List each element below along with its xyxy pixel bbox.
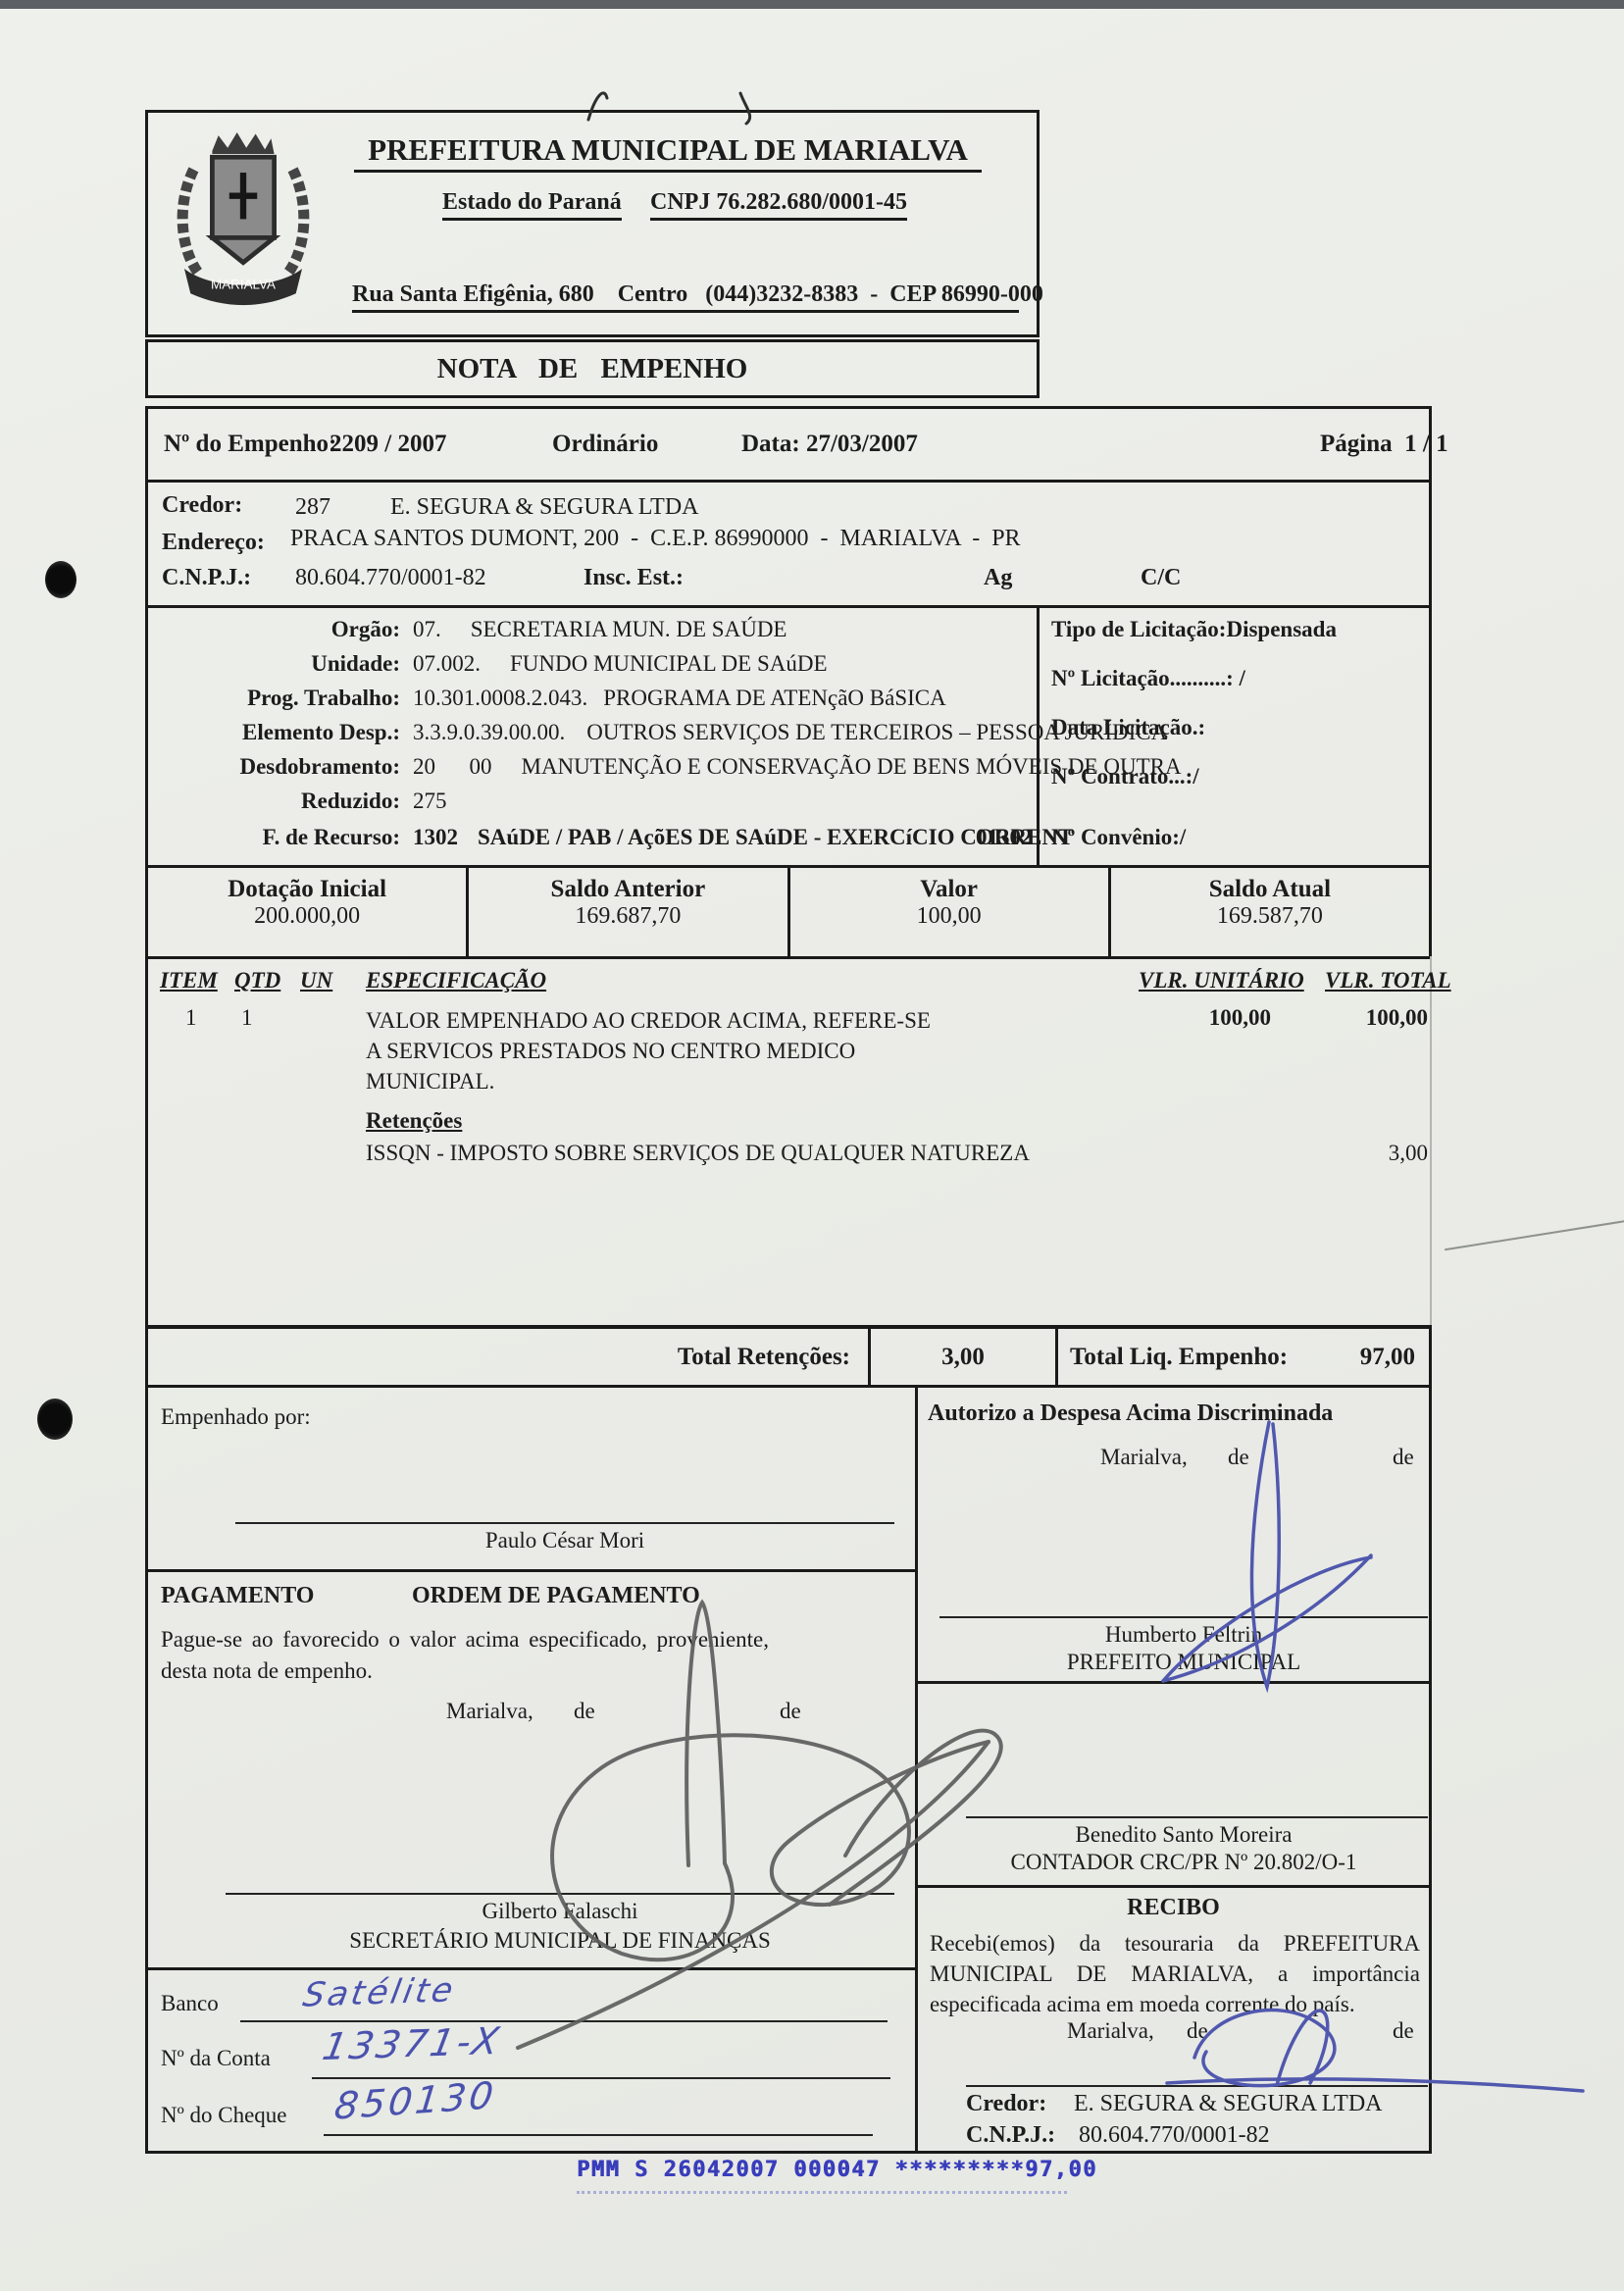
doc-title-band: NOTA DE EMPENHO <box>145 339 1040 398</box>
payment-title: PAGAMENTO <box>161 1583 314 1609</box>
budget-desc: SECRETARIA MUN. DE SAÚDE <box>471 617 787 642</box>
budget-code: 3.3.9.0.39.00.00. <box>413 720 565 745</box>
budget-row-reduzido: Reduzido: 275 <box>157 789 447 814</box>
budget-row-desdobramento: Desdobramento: 20 00 MANUTENÇÃO E CONSER… <box>157 754 1182 780</box>
creditor-signature-line <box>966 2085 1428 2087</box>
of-label: de <box>574 1699 595 1724</box>
receipt-cnpj-value: 80.604.770/0001-82 <box>1079 2122 1270 2149</box>
city-label: Marialva, <box>446 1699 533 1724</box>
bidding-date: Data Licitação.: <box>1051 715 1205 740</box>
budget-code: 20 00 <box>413 754 492 780</box>
withholding-value: 3,00 <box>1305 1141 1428 1166</box>
stamp-underline <box>577 2165 1067 2194</box>
total-net-label: Total Liq. Empenho: <box>1070 1344 1288 1371</box>
bank-handwritten-value: Satélite <box>300 1970 459 2014</box>
agency-label: Ag <box>984 565 1012 591</box>
budget-row-orgao: Orgão: 07. SECRETARIA MUN. DE SAÚDE <box>157 617 787 642</box>
balance-cell-dotacao: Dotação Inicial 200.000,00 <box>148 868 469 956</box>
budget-row-elemento: Elemento Desp.: 3.3.9.0.39.00.00. OUTROS… <box>157 720 1167 745</box>
account-number-label: Nº da Conta <box>161 2046 271 2071</box>
budget-row-unidade: Unidade: 07.002. FUNDO MUNICIPAL DE SAúD… <box>157 651 828 677</box>
cheque-handwritten-value: 850130 <box>332 2073 498 2127</box>
total-net-value: 97,00 <box>1360 1344 1415 1371</box>
city-label: Marialva, <box>1067 2018 1154 2044</box>
of-label: de <box>1228 1445 1249 1470</box>
creditor-label: Credor: <box>162 492 242 519</box>
finance-secretary-role: SECRETÁRIO MUNICIPAL DE FINANÇAS <box>226 1928 894 1954</box>
item-qty: 1 <box>241 1005 253 1031</box>
scanned-document-page: MARIALVA PREFEITURA MUNICIPAL DE MARIALV… <box>0 0 1624 2291</box>
budget-code: 07. <box>413 617 441 642</box>
balance-header: Valor <box>920 876 978 903</box>
col-header-unitario: VLR. UNITÁRIO <box>1139 968 1304 993</box>
hole-punch-mark <box>45 561 76 598</box>
mayor-role: PREFEITO MUNICIPAL <box>939 1650 1428 1675</box>
section-divider <box>918 1681 1429 1684</box>
mayor-name: Humberto Feltrin <box>939 1622 1428 1648</box>
scan-scratch-line <box>1445 1219 1624 1250</box>
budget-row-recurso: F. de Recurso: 1302 SAúDE / PAB / AçõES … <box>157 825 1073 850</box>
balance-header: Dotação Inicial <box>228 876 386 903</box>
account-label: C/C <box>1141 565 1181 591</box>
empenho-info-row: Nº do Empenho: 2209 / 2007 Ordinário Dat… <box>145 406 1432 483</box>
header-box: MARIALVA PREFEITURA MUNICIPAL DE MARIALV… <box>145 110 1040 337</box>
recurso-extra-code: 01302 <box>976 825 1033 850</box>
section-divider <box>148 1967 915 1970</box>
bidding-type: Tipo de Licitação:Dispensada <box>1051 617 1337 642</box>
col-header-espec: ESPECIFICAÇÃO <box>366 968 546 993</box>
org-state: Estado do Paraná <box>442 189 622 221</box>
receipt-text: Recebi(emos) da tesouraria da PREFEITURA… <box>930 1928 1420 2019</box>
finance-secretary-name: Gilberto Falaschi <box>226 1899 894 1924</box>
city-label: Marialva, <box>1100 1445 1188 1470</box>
total-withholdings-value: 3,00 <box>868 1329 1058 1385</box>
creditor-cnpj: 80.604.770/0001-82 <box>295 565 486 591</box>
item-number: 1 <box>185 1005 197 1031</box>
accountant-name: Benedito Santo Moreira <box>939 1822 1428 1848</box>
empenho-type: Ordinário <box>552 431 658 458</box>
crown-icon <box>212 132 274 154</box>
item-description: VALOR EMPENHADO AO CREDOR ACIMA, REFERE-… <box>366 1005 944 1096</box>
balance-cell-atual: Saldo Atual 169.587,70 <box>1111 868 1429 956</box>
empenho-date: Data: 27/03/2007 <box>741 431 918 458</box>
budget-label: Desdobramento: <box>157 754 400 780</box>
receipt-title: RECIBO <box>918 1895 1429 1921</box>
signature-line <box>966 1816 1428 1818</box>
signature-line <box>235 1522 894 1524</box>
balance-value: 169.687,70 <box>575 903 681 930</box>
scan-edge-strip <box>0 0 1624 9</box>
creditor-cnpj-label: C.N.P.J.: <box>162 565 251 591</box>
signature-line <box>226 1893 894 1895</box>
signature-line <box>939 1616 1428 1618</box>
budget-code: 07.002. <box>413 651 481 677</box>
balance-value: 100,00 <box>917 903 982 930</box>
payment-order-title: ORDEM DE PAGAMENTO <box>412 1583 700 1609</box>
col-header-un: UN <box>300 968 332 993</box>
creditor-address-label: Endereço: <box>162 530 265 556</box>
empenho-number-label: Nº do Empenho: <box>164 431 336 458</box>
creditor-address: PRACA SANTOS DUMONT, 200 - C.E.P. 869900… <box>290 526 1021 552</box>
accountant-role: CONTADOR CRC/PR Nº 20.802/O-1 <box>939 1850 1428 1875</box>
signatures-divider <box>915 1388 918 2151</box>
contract-number: Nº Contrato...:/ <box>1051 764 1199 789</box>
doc-title: NOTA DE EMPENHO <box>148 353 1037 385</box>
committed-by-name: Paulo César Mori <box>235 1528 894 1553</box>
budget-label: Reduzido: <box>157 789 400 814</box>
payment-order-text: Pague-se ao favorecido o valor acima esp… <box>161 1624 769 1687</box>
receipt-creditor-label: Credor: <box>966 2091 1046 2117</box>
cheque-number-label: Nº do Cheque <box>161 2103 287 2128</box>
receipt-cnpj-label: C.N.P.J.: <box>966 2122 1055 2149</box>
page-number: Página 1 / 1 <box>1320 431 1448 458</box>
of-label: de <box>1187 2018 1208 2044</box>
creditor-box: Credor: 287 E. SEGURA & SEGURA LTDA Ende… <box>145 480 1432 608</box>
creditor-code: 287 <box>295 494 330 521</box>
cheque-fill-line <box>324 2134 873 2136</box>
org-address: Rua Santa Efigênia, 680 Centro (044)3232… <box>352 281 1019 313</box>
item-total-value: 100,00 <box>1305 1005 1428 1031</box>
org-cnpj: CNPJ 76.282.680/0001-45 <box>650 189 907 221</box>
budget-desc: PROGRAMA DE ATENçãO BáSICA <box>603 686 945 711</box>
total-withholdings-label: Total Retenções: <box>148 1344 868 1371</box>
of-label: de <box>1393 1445 1414 1470</box>
bank-label: Banco <box>161 1991 219 2016</box>
balance-header: Saldo Atual <box>1209 876 1331 903</box>
col-header-item: ITEM <box>160 968 218 993</box>
empenho-number: 2209 / 2007 <box>330 431 446 458</box>
agreement-number: Nº Convênio:/ <box>1051 825 1186 850</box>
logo-banner-text: MARIALVA <box>211 278 276 292</box>
hole-punch-mark <box>37 1399 73 1440</box>
withholding-description: ISSQN - IMPOSTO SOBRE SERVIÇOS DE QUALQU… <box>366 1141 1030 1166</box>
section-divider <box>918 1885 1429 1888</box>
budget-code: 275 <box>413 789 447 814</box>
section-divider <box>148 1569 915 1572</box>
account-handwritten-value: 13371-X <box>319 2019 504 2068</box>
balance-value: 169.587,70 <box>1217 903 1323 930</box>
balance-value: 200.000,00 <box>254 903 360 930</box>
balance-header: Saldo Anterior <box>551 876 706 903</box>
state-registration-label: Insc. Est.: <box>584 565 684 591</box>
receipt-creditor-value: E. SEGURA & SEGURA LTDA <box>1074 2091 1382 2117</box>
coat-of-arms-logo: MARIALVA <box>166 123 321 319</box>
budget-row-prog-trabalho: Prog. Trabalho: 10.301.0008.2.043. PROGR… <box>157 686 946 711</box>
budget-desc: FUNDO MUNICIPAL DE SAúDE <box>510 651 828 677</box>
bidding-number: Nº Licitação..........: / <box>1051 666 1245 691</box>
totals-row: Total Retenções: 3,00 Total Liq. Empenho… <box>145 1325 1432 1388</box>
withholdings-title: Retenções <box>366 1108 462 1134</box>
balance-cell-anterior: Saldo Anterior 169.687,70 <box>469 868 789 956</box>
items-area: ITEM QTD UN ESPECIFICAÇÃO VLR. UNITÁRIO … <box>145 956 1432 1328</box>
budget-label: Prog. Trabalho: <box>157 686 400 711</box>
authorize-expense-title: Autorizo a Despesa Acima Discriminada <box>928 1400 1333 1427</box>
balances-row: Dotação Inicial 200.000,00 Saldo Anterio… <box>145 865 1432 959</box>
budget-label: F. de Recurso: <box>157 825 400 850</box>
committed-by-label: Empenhado por: <box>161 1404 311 1430</box>
col-header-qtd: QTD <box>234 968 280 993</box>
of-label: de <box>1393 2018 1414 2044</box>
of-label: de <box>780 1699 801 1724</box>
budget-code: 1302 <box>413 825 458 850</box>
creditor-name: E. SEGURA & SEGURA LTDA <box>390 494 698 521</box>
col-header-total: VLR. TOTAL <box>1325 968 1451 993</box>
budget-label: Orgão: <box>157 617 400 642</box>
org-title: PREFEITURA MUNICIPAL DE MARIALVA <box>354 132 982 173</box>
budget-label: Unidade: <box>157 651 400 677</box>
balance-cell-valor: Valor 100,00 <box>790 868 1111 956</box>
budget-label: Elemento Desp.: <box>157 720 400 745</box>
budget-code: 10.301.0008.2.043. <box>413 686 587 711</box>
item-unit-value: 100,00 <box>1139 1005 1271 1031</box>
